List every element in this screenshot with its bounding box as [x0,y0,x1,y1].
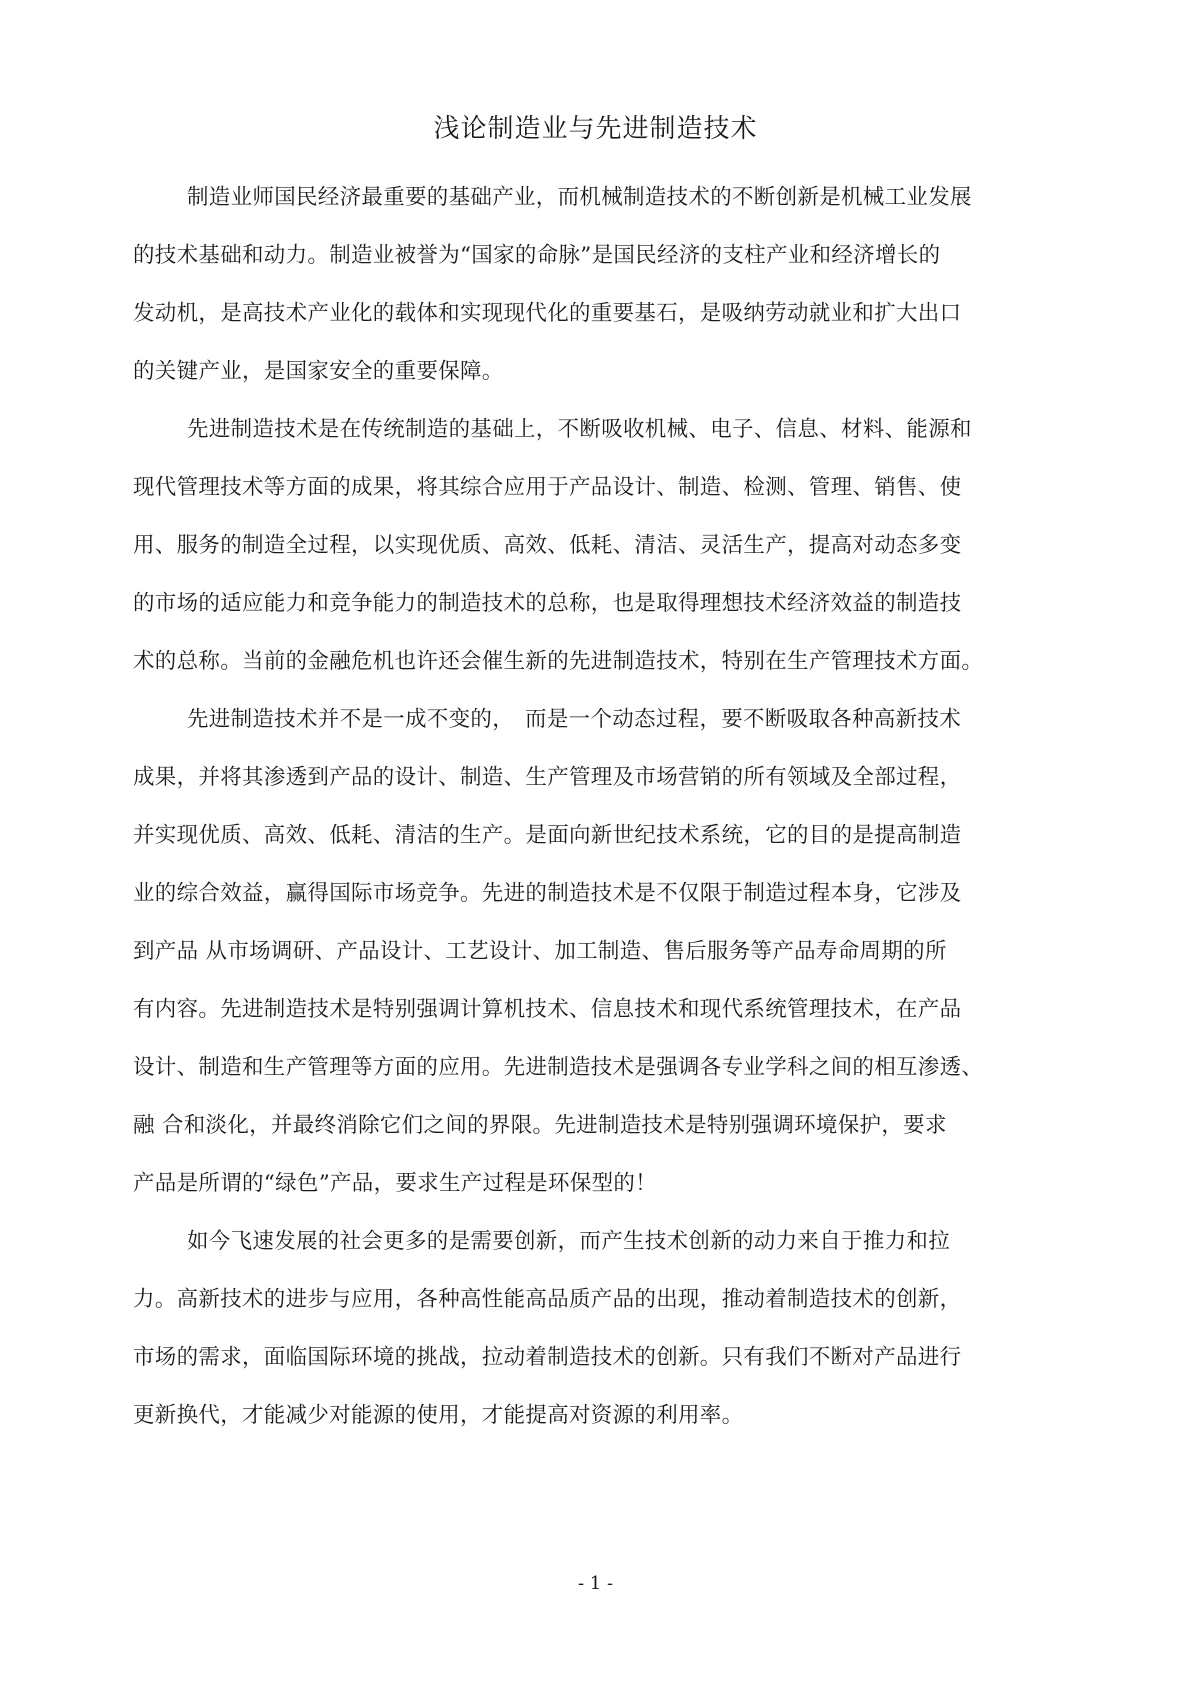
paragraph-2-line: 的市场的适应能力和竞争能力的制造技术的总称，也是取得理想技术经济效益的制造技 [133,586,961,617]
paragraph-3-line: 成果，并将其渗透到产品的设计、制造、生产管理及市场营销的所有领域及全部过程， [133,760,961,791]
paragraph-3-line: 产品是所谓的“绿色”产品，要求生产过程是环保型的！ [133,1166,657,1197]
paragraph-4-line: 力。高新技术的进步与应用，各种高性能高品质产品的出现，推动着制造技术的创新， [133,1282,961,1313]
paragraph-3-line: 到产品 从市场调研、产品设计、工艺设计、加工制造、售后服务等产品寿命周期的所 [133,934,947,965]
paragraph-1-line: 发动机，是高技术产业化的载体和实现现代化的重要基石，是吸纳劳动就业和扩大出口 [133,296,961,327]
paragraph-3-line: 先进制造技术并不是一成不变的， 而是一个动态过程，要不断吸取各种高新技术 [187,702,961,733]
paragraph-2-line: 先进制造技术是在传统制造的基础上，不断吸收机械、电子、信息、材料、能源和 [187,412,972,443]
paragraph-2-line: 用、服务的制造全过程，以实现优质、高效、低耗、清洁、灵活生产，提高对动态多变 [133,528,961,559]
paragraph-2-line: 现代管理技术等方面的成果，将其综合应用于产品设计、制造、检测、管理、销售、使 [133,470,961,501]
paragraph-3-line: 有内容。先进制造技术是特别强调计算机技术、信息技术和现代系统管理技术，在产品 [133,992,961,1023]
paragraph-1-line: 制造业师国民经济最重要的基础产业，而机械制造技术的不断创新是机械工业发展 [187,180,972,211]
paragraph-1-line: 的关键产业，是国家安全的重要保障。 [133,354,504,385]
page-number: - 1 - [0,1573,1191,1594]
paragraph-4-line: 如今飞速发展的社会更多的是需要创新，而产生技术创新的动力来自于推力和拉 [187,1224,950,1255]
paragraph-4-line: 市场的需求，面临国际环境的挑战，拉动着制造技术的创新。只有我们不断对产品进行 [133,1340,961,1371]
paragraph-1-line: 的技术基础和动力。制造业被誉为“国家的命脉”是国民经济的支柱产业和经济增长的 [133,238,940,269]
paragraph-3-line: 融 合和淡化，并最终消除它们之间的界限。先进制造技术是特别强调环境保护，要求 [133,1108,947,1139]
paragraph-3-line: 并实现优质、高效、低耗、清洁的生产。是面向新世纪技术系统，它的目的是提高制造 [133,818,961,849]
paragraph-3-line: 业的综合效益，赢得国际市场竞争。先进的制造技术是不仅限于制造过程本身，它涉及 [133,876,961,907]
paragraph-4-line: 更新换代，才能减少对能源的使用，才能提高对资源的利用率。 [133,1398,743,1429]
paragraph-2-line: 术的总称。当前的金融危机也许还会催生新的先进制造技术，特别在生产管理技术方面。 [133,644,983,675]
document-title: 浅论制造业与先进制造技术 [0,108,1191,145]
paragraph-3-line: 设计、制造和生产管理等方面的应用。先进制造技术是强调各专业学科之间的相互渗透、 [133,1050,983,1081]
